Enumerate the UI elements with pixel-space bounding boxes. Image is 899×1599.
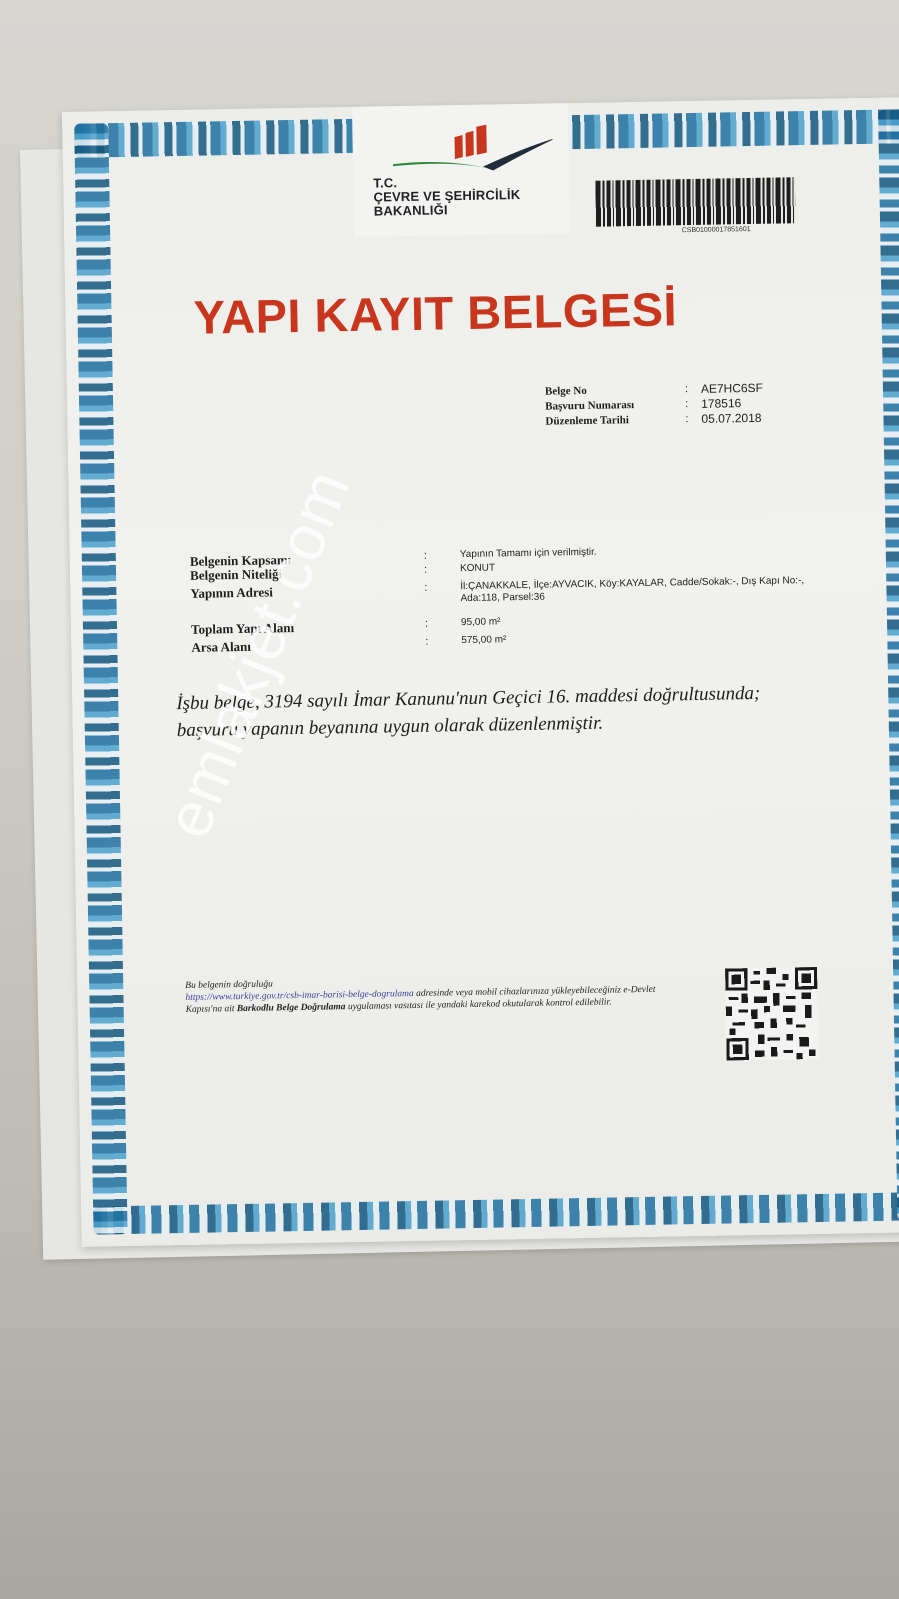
ornamental-border-right [878, 109, 899, 1220]
certificate-paper: T.C. ÇEVRE VE ŞEHİRCİLİK BAKANLIĞI CSB01… [62, 97, 899, 1247]
verification-note: Bu belgenin doğruluğu https://www.turkiy… [185, 971, 676, 1016]
document-title: YAPI KAYIT BELGESİ [193, 281, 677, 344]
document-meta: Belge No : AE7HC6SF Başvuru Numarası : 1… [545, 380, 764, 429]
property-details: Belgenin Kapsamı : Yapının Tamamı için v… [190, 543, 832, 654]
meta-row-issue-date: Düzenleme Tarihi : 05.07.2018 [545, 410, 763, 429]
barcode-number: CSB01000017851601 [596, 225, 796, 235]
legal-statement: İşbu belge, 3194 sayılı İmar Kanunu'nun … [176, 679, 797, 744]
barcode: CSB01000017851601 [595, 177, 796, 238]
barcode-icon [595, 177, 796, 226]
qr-code-icon [725, 967, 819, 1061]
verification-app-name: Barkodlu Belge Doğrulama [237, 1002, 346, 1014]
ornamental-border-left [74, 123, 127, 1234]
ornamental-border-bottom [93, 1192, 899, 1235]
ministry-name: T.C. ÇEVRE VE ŞEHİRCİLİK BAKANLIĞI [373, 174, 521, 219]
ministry-header: T.C. ÇEVRE VE ŞEHİRCİLİK BAKANLIĞI [352, 103, 570, 237]
